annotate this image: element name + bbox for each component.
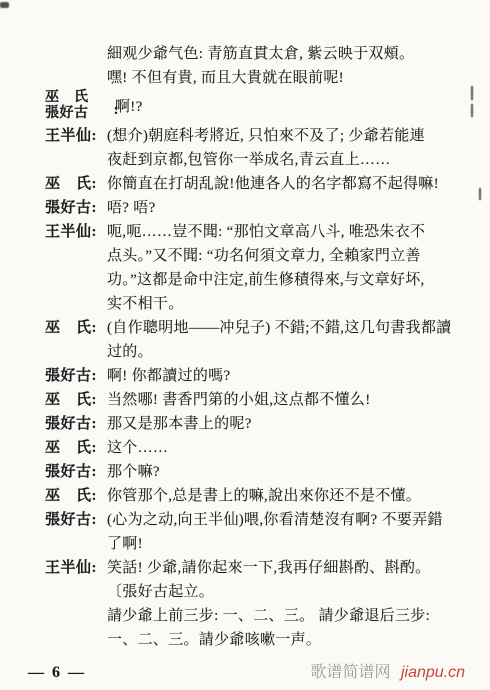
scan-artifact <box>471 86 473 100</box>
scan-artifact <box>479 188 481 200</box>
speaker-name-stacked: 巫 氏張好古: <box>45 90 115 122</box>
dialogue-line: 功。”这都是命中注定,前生修積得來,与文章好坏, <box>107 268 468 292</box>
dialogue-row: 張好古:那又是那本書上的呢? <box>45 412 468 436</box>
dialogue-text: 啊! 你都讀过的嗎? <box>107 364 468 388</box>
dialogue-text: 当然哪! 書香門第的小姐,这点都不懂么! <box>107 388 468 412</box>
dialogue-text: (心为之动,向王半仙)喂,你看清楚沒有啊? 不要弄錯了啊! <box>107 508 468 556</box>
speaker-colon: : <box>114 98 120 122</box>
speaker-name: 巫 氏: <box>45 484 107 508</box>
speaker-name: 巫 氏: <box>45 172 107 196</box>
dialogue-line: 点头。”又不聞: “功名何須文章力, 全賴家門立善 <box>107 244 468 268</box>
dialogue-line: 一、二、三。請少爺咳嗽一声。 <box>107 628 468 652</box>
dialogue-line: 过的。 <box>107 340 468 364</box>
speaker-name: 王半仙: <box>45 124 107 148</box>
dialogue-line: 你管那个,总是書上的嘛,說出來你还不是不懂。 <box>107 484 468 508</box>
watermark-site-name: 歌谱简谱网 <box>310 664 390 681</box>
dialogue-row: 王半仙:(想介)朝庭科考將近, 只怕來不及了; 少爺若能連夜赶到京都,包管你一举… <box>45 124 468 172</box>
dialogue-line: 那又是那本書上的呢? <box>107 412 468 436</box>
speaker-name: 張好古: <box>45 412 107 436</box>
dialogue-row: 巫 氏張好古:啊!? <box>45 90 468 124</box>
dialogue-text: 这个…… <box>107 436 468 460</box>
dialogue-line: 这个…… <box>107 436 468 460</box>
watermark: 歌谱简谱网 jianpu.cn <box>310 659 465 682</box>
dialogue-row: 巫 氏:当然哪! 書香門第的小姐,这点都不懂么! <box>45 388 468 412</box>
dialogue-row: 張好古:那个嘛? <box>45 460 468 484</box>
dialogue-text: 那个嘛? <box>107 460 468 484</box>
dialogue-row: 王半仙:笑話! 少爺,請你起來一下,我再仔細斟酌、斟酌。 <box>45 556 468 580</box>
dialogue-row: 王半仙:呃,呃……豈不聞: “那怕文章高八斗, 唯恐朱衣不点头。”又不聞: “功… <box>45 220 468 316</box>
speaker-name: 張好古: <box>45 460 107 484</box>
dialogue-row: 〔張好古起立。 <box>45 580 468 604</box>
dialogue-row: 細观少爺气色: 青筋直貫太倉, 紫云映于双頰。嘿! 不但有貴, 而且大貴就在眼前… <box>45 42 468 90</box>
dialogue-line: 实不相干。 <box>107 292 468 316</box>
speaker-name: 張好古: <box>45 508 107 532</box>
dialogue-line: 你簡直在打胡乱說!他連各人的名字都寫不起得嘛! <box>107 172 468 196</box>
dialogue-row: 張好古:啊! 你都讀过的嗎? <box>45 364 468 388</box>
dialogue-text: 細观少爺气色: 青筋直貫太倉, 紫云映于双頰。嘿! 不但有貴, 而且大貴就在眼前… <box>107 42 468 90</box>
page-number: — 6 — <box>28 664 86 682</box>
dialogue-text: 那又是那本書上的呢? <box>107 412 468 436</box>
dialogue-line: 笑話! 少爺,請你起來一下,我再仔細斟酌、斟酌。 <box>107 556 468 580</box>
dialogue-row: 巫 氏:你管那个,总是書上的嘛,說出來你还不是不懂。 <box>45 484 468 508</box>
script-body: 細观少爺气色: 青筋直貫太倉, 紫云映于双頰。嘿! 不但有貴, 而且大貴就在眼前… <box>0 0 490 652</box>
dialogue-line: 嘿! 不但有貴, 而且大貴就在眼前呢! <box>107 66 468 90</box>
dialogue-line: 請少爺上前三步: 一、二、三。 請少爺退后三步: <box>107 604 468 628</box>
dialogue-line: 啊!? <box>115 95 143 119</box>
page-footer: — 6 — 歌谱简谱网 jianpu.cn <box>0 659 490 682</box>
dialogue-line: 那个嘛? <box>107 460 468 484</box>
speaker-name: 巫 氏: <box>45 436 107 460</box>
dialogue-text: 你簡直在打胡乱說!他連各人的名字都寫不起得嘛! <box>107 172 468 196</box>
dialogue-line: 細观少爺气色: 青筋直貫太倉, 紫云映于双頰。 <box>107 42 468 66</box>
dialogue-line: 啊! 你都讀过的嗎? <box>107 364 468 388</box>
dialogue-text: 請少爺上前三步: 一、二、三。 請少爺退后三步:一、二、三。請少爺咳嗽一声。 <box>107 604 468 652</box>
speaker-name: 張好古: <box>45 196 107 220</box>
dialogue-text: 唔? 唔? <box>107 196 468 220</box>
dialogue-line: 当然哪! 書香門第的小姐,这点都不懂么! <box>107 388 468 412</box>
watermark-site-url: jianpu.cn <box>401 664 465 681</box>
dialogue-text: (想介)朝庭科考將近, 只怕來不及了; 少爺若能連夜赶到京都,包管你一举成名,青… <box>107 124 468 172</box>
dialogue-line: (自作聰明地——冲兒子) 不錯;不錯,这几句書我都讀 <box>107 316 468 340</box>
dialogue-text: 你管那个,总是書上的嘛,說出來你还不是不懂。 <box>107 484 468 508</box>
dialogue-row: 巫 氏:(自作聰明地——冲兒子) 不錯;不錯,这几句書我都讀过的。 <box>45 316 468 364</box>
dialogue-text: (自作聰明地——冲兒子) 不錯;不錯,这几句書我都讀过的。 <box>107 316 468 364</box>
dialogue-line: 呃,呃……豈不聞: “那怕文章高八斗, 唯恐朱衣不 <box>107 220 468 244</box>
dialogue-row: 張好古:(心为之动,向王半仙)喂,你看清楚沒有啊? 不要弄錯了啊! <box>45 508 468 556</box>
dialogue-text: 啊!? <box>115 90 468 124</box>
speaker-name: 王半仙: <box>45 556 107 580</box>
dialogue-text: 呃,呃……豈不聞: “那怕文章高八斗, 唯恐朱衣不点头。”又不聞: “功名何須文… <box>107 220 468 316</box>
speaker-name: 巫 氏: <box>45 316 107 340</box>
scan-artifact <box>0 2 9 8</box>
speaker-name: 張好古 <box>45 106 107 122</box>
dialogue-line: 〔張好古起立。 <box>107 580 468 604</box>
scan-artifact <box>471 104 473 117</box>
dialogue-row: 巫 氏:你簡直在打胡乱說!他連各人的名字都寫不起得嘛! <box>45 172 468 196</box>
dialogue-row: 請少爺上前三步: 一、二、三。 請少爺退后三步:一、二、三。請少爺咳嗽一声。 <box>45 604 468 652</box>
dialogue-line: 唔? 唔? <box>107 196 468 220</box>
dialogue-line: 夜赶到京都,包管你一举成名,青云直上…… <box>107 148 468 172</box>
speaker-name: 張好古: <box>45 364 107 388</box>
speaker-name: 巫 氏 <box>45 90 107 106</box>
scanned-script-page: 細观少爺气色: 青筋直貫太倉, 紫云映于双頰。嘿! 不但有貴, 而且大貴就在眼前… <box>0 0 490 690</box>
speaker-name: 王半仙: <box>45 220 107 244</box>
dialogue-row: 張好古:唔? 唔? <box>45 196 468 220</box>
dialogue-line: (心为之动,向王半仙)喂,你看清楚沒有啊? 不要弄錯 <box>107 508 468 532</box>
dialogue-line: (想介)朝庭科考將近, 只怕來不及了; 少爺若能連 <box>107 124 468 148</box>
dialogue-line: 了啊! <box>107 532 468 556</box>
dialogue-row: 巫 氏:这个…… <box>45 436 468 460</box>
speaker-name: 巫 氏: <box>45 388 107 412</box>
dialogue-text: 笑話! 少爺,請你起來一下,我再仔細斟酌、斟酌。 <box>107 556 468 580</box>
dialogue-text: 〔張好古起立。 <box>107 580 468 604</box>
